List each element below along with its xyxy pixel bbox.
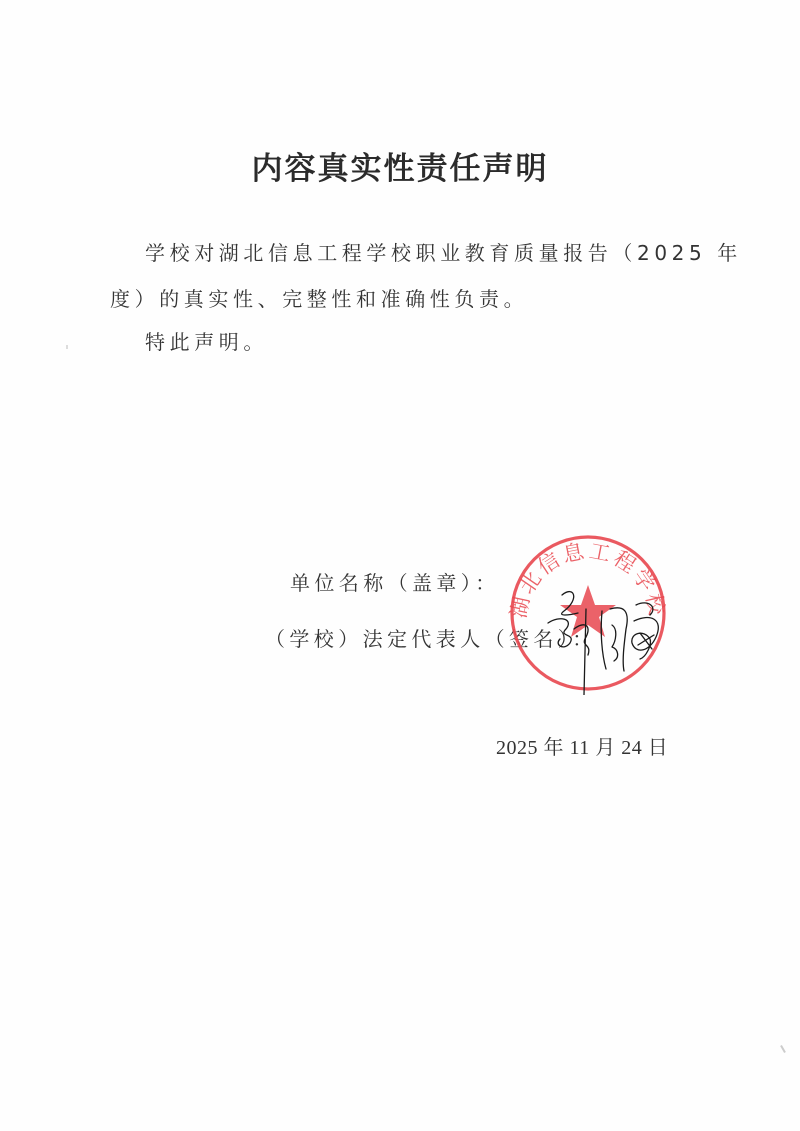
body-line-2: 度）的真实性、完整性和准确性负责。: [110, 283, 528, 312]
document-title: 内容真实性责任声明: [0, 143, 800, 188]
unit-name-label: 单位名称（盖章）：: [290, 567, 500, 596]
scan-speck: [66, 345, 68, 349]
declaration-date: 2025 年 11 月 24 日: [496, 731, 668, 760]
document-page: 内容真实性责任声明 学校对湖北信息工程学校职业教育质量报告（2025 年 度）的…: [0, 0, 800, 1131]
handwritten-signature: [540, 585, 670, 695]
scan-speck: [780, 1045, 786, 1053]
body-line-1: 学校对湖北信息工程学校职业教育质量报告（2025 年: [145, 237, 742, 266]
body-line-3: 特此声明。: [145, 326, 268, 355]
